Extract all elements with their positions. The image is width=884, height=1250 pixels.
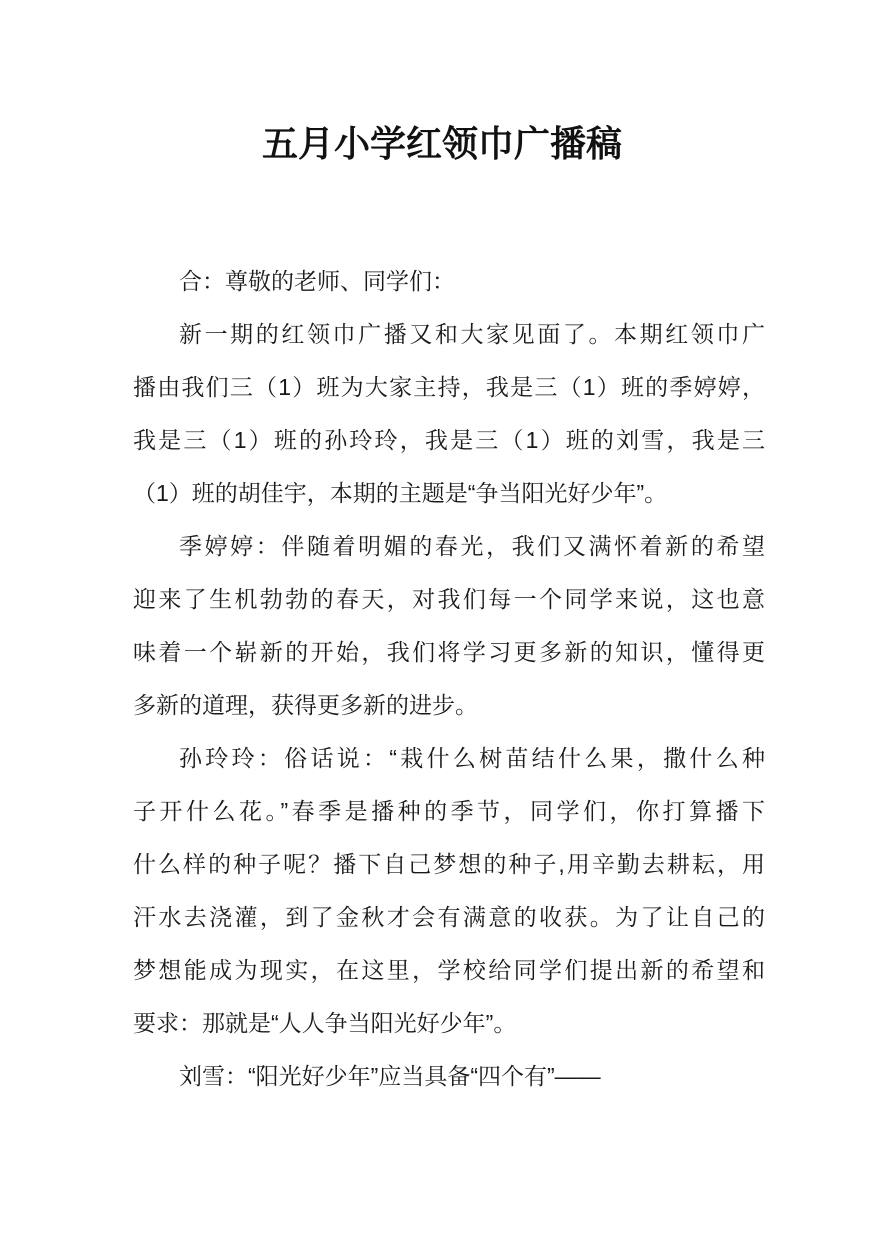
text-line: （1）班的胡佳宇，本期的主题是“争当阳光好少年”。 bbox=[133, 467, 765, 520]
text-line: 要求：那就是“人人争当阳光好少年”。 bbox=[133, 997, 765, 1050]
text-line: 刘雪：“阳光好少年”应当具备“四个有”—— bbox=[133, 1050, 765, 1103]
text-line: 多新的道理，获得更多新的进步。 bbox=[133, 679, 765, 732]
document-title: 五月小学红领巾广播稿 bbox=[0, 118, 884, 170]
document-body: 合：尊敬的老师、同学们：新一期的红领巾广播又和大家见面了。本期红领巾广播由我们三… bbox=[133, 255, 765, 1103]
text-line: 子开什么花。”春季是播种的季节，同学们，你打算播下 bbox=[133, 785, 765, 838]
text-line: 汗水去浇灌，到了金秋才会有满意的收获。为了让自己的 bbox=[133, 891, 765, 944]
text-line: 播由我们三（1）班为大家主持，我是三（1）班的季婷婷， bbox=[133, 361, 765, 414]
text-line: 孙玲玲：俗话说：“栽什么树苗结什么果，撒什么种 bbox=[133, 732, 765, 785]
text-line: 梦想能成为现实，在这里，学校给同学们提出新的希望和 bbox=[133, 944, 765, 997]
text-line: 味着一个崭新的开始，我们将学习更多新的知识，懂得更 bbox=[133, 626, 765, 679]
text-line: 季婷婷：伴随着明媚的春光，我们又满怀着新的希望 bbox=[133, 520, 765, 573]
text-line: 什么样的种子呢？播下自己梦想的种子,用辛勤去耕耘，用 bbox=[133, 838, 765, 891]
document-page: 五月小学红领巾广播稿 合：尊敬的老师、同学们：新一期的红领巾广播又和大家见面了。… bbox=[0, 0, 884, 1250]
text-line: 合：尊敬的老师、同学们： bbox=[133, 255, 765, 308]
text-line: 迎来了生机勃勃的春天，对我们每一个同学来说，这也意 bbox=[133, 573, 765, 626]
text-line: 新一期的红领巾广播又和大家见面了。本期红领巾广 bbox=[133, 308, 765, 361]
text-line: 我是三（1）班的孙玲玲，我是三（1）班的刘雪，我是三 bbox=[133, 414, 765, 467]
